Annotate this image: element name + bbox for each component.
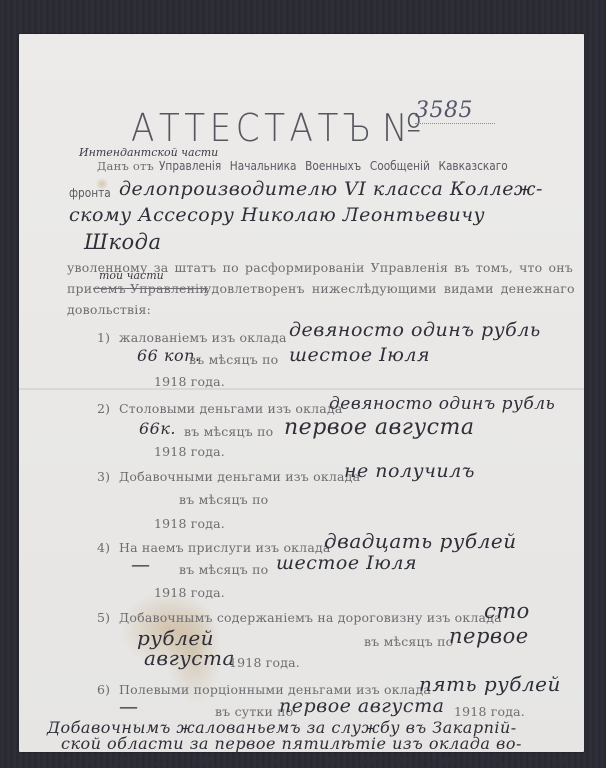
front-label: фронта: [69, 186, 111, 200]
item-4-amount: двадцать рублей: [324, 529, 517, 553]
item-5-period: первое: [449, 624, 529, 648]
item-4-amount-cont: —: [131, 554, 151, 576]
item-6-period: первое августа: [279, 695, 444, 717]
item-2-label: Столовыми деньгами изъ оклада: [119, 401, 343, 416]
body-line-2-prefix: при: [67, 281, 92, 296]
item-4-number: 4): [97, 540, 110, 555]
document-title: АТТЕСТАТЪ: [131, 106, 376, 150]
item-4-period: шестое Іюля: [276, 552, 417, 574]
item-2-amount-cont: 66к.: [139, 419, 176, 438]
item-5-year: 1918 года.: [229, 655, 300, 670]
recipient-line-1: делопроизводителю VI класса Коллеж-: [119, 178, 543, 200]
item-6-number: 6): [97, 682, 110, 697]
item-4-year: 1918 года.: [154, 585, 225, 600]
item-4-period-label: въ мѣсяцъ по: [179, 562, 268, 577]
item-1-amount: девяносто одинъ рубль: [289, 319, 541, 341]
item-3-number: 3): [97, 469, 110, 484]
item-1-period-label: въ мѣсяцъ по: [189, 352, 278, 367]
item-1-year: 1918 года.: [154, 374, 225, 389]
header-annotation: Интендантской части: [79, 146, 218, 159]
footnote-line-3: семь руб. 25 коп. въ мѣсяцъ по шестое Ію…: [64, 750, 566, 768]
item-2-period: первое августа: [284, 415, 474, 440]
item-3-period-label: въ мѣсяцъ по: [179, 492, 268, 507]
recipient-line-2: скому Ассесору Николаю Леонтьевичу: [69, 204, 485, 226]
recipient-surname: Шкода: [84, 230, 161, 254]
item-5-number: 5): [97, 610, 110, 625]
item-6-year: 1918 года.: [454, 704, 525, 719]
item-5-period-cont: августа: [144, 646, 235, 670]
item-3-label: Добавочными деньгами изъ оклада: [119, 469, 360, 484]
item-1-number: 1): [97, 330, 110, 345]
attestat-document: АТТЕСТАТЪ № 3585 Интендантской части Дан…: [19, 34, 584, 752]
item-2-amount: девяносто одинъ рубль: [329, 394, 555, 414]
item-1-period: шестое Іюля: [289, 344, 430, 366]
body-line-2-suffix: удовлетворенъ нижеслѣдующими видами дене…: [204, 281, 575, 296]
correction-annotation: той части: [99, 269, 164, 282]
item-2-period-label: въ мѣсяцъ по: [184, 424, 273, 439]
issued-from-label: Данъ отъ: [97, 159, 154, 173]
item-2-number: 2): [97, 401, 110, 416]
item-3-year: 1918 года.: [154, 516, 225, 531]
item-6-amount-cont: —: [119, 696, 139, 718]
body-line-3: довольствія:: [67, 302, 151, 317]
item-5-amount: сто: [484, 599, 530, 623]
item-5-label: Добавочнымъ содержаніемъ на дороговизну …: [119, 610, 502, 625]
item-3-amount: не получилъ: [344, 460, 475, 482]
item-1-label: жалованіемъ изъ оклада: [119, 330, 287, 345]
item-5-period-label: въ мѣсяцъ по: [364, 634, 453, 649]
paper-fold-line: [19, 388, 584, 390]
item-2-year: 1918 года.: [154, 444, 225, 459]
item-6-amount: пять рублей: [419, 672, 561, 696]
issuing-organization: Управленія Начальника Военныхъ Сообщеній…: [159, 159, 508, 173]
certificate-number: 3585: [415, 98, 495, 124]
struck-text: семъ Управленіи: [93, 281, 208, 296]
